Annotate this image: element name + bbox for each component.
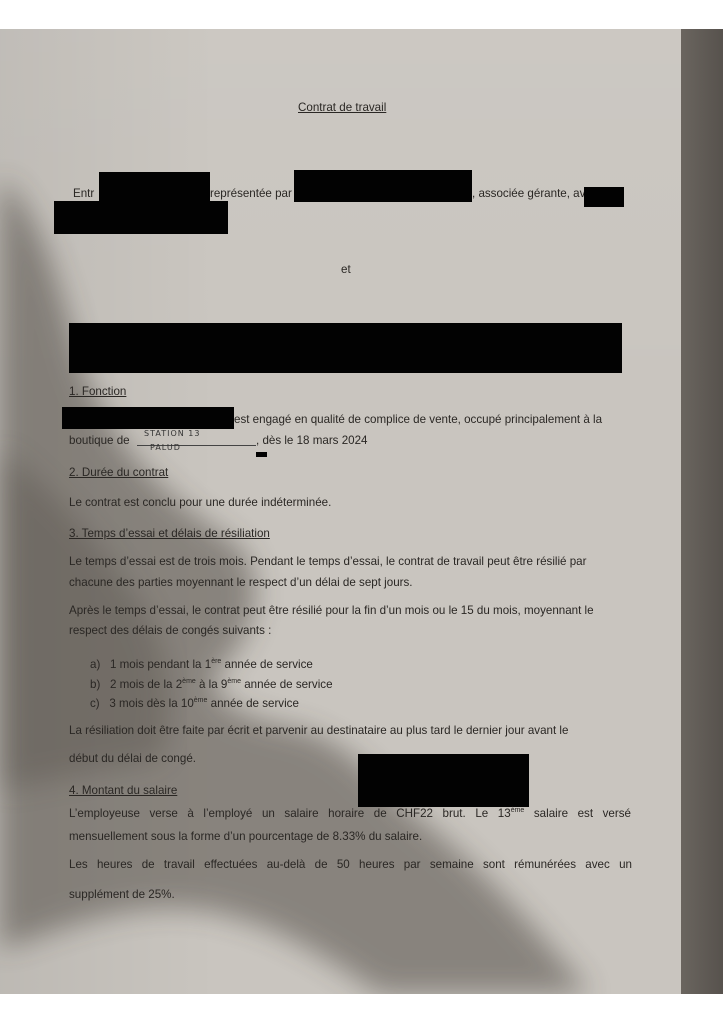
section-3-para1-line2: chacune des parties moyennant le respect… [69, 576, 413, 589]
handwritten-shop-location: PALUD [150, 443, 181, 452]
notice-list-item: b) 2 mois de la 2ème à la 9ème année de … [90, 678, 333, 691]
notice-list-item: c) 3 mois dès la 10ème année de service [90, 697, 299, 710]
parties-text-end: , associée gérante, av. [472, 187, 588, 200]
handwritten-shop-name: STATION 13 [144, 429, 200, 438]
section-1-line2-prefix: boutique de [69, 434, 130, 447]
superscript: ère [211, 658, 221, 665]
redaction-address [584, 187, 624, 207]
redaction-small [256, 452, 267, 457]
list-text: année de service [221, 658, 313, 671]
parties-text-start: Entr [73, 187, 94, 200]
redaction-salary-note [358, 754, 529, 807]
section-3-para2-line1: Après le temps d’essai, le contrat peut … [69, 604, 594, 617]
parties-text-mid: représentée par [210, 187, 292, 200]
overtime-text: Les heures de travail effectuées au-delà… [69, 858, 632, 871]
list-text: 3 mois dès la 10 [109, 697, 193, 710]
section-4-para1-line1: L’employeuse verse à l’employé un salair… [69, 807, 631, 820]
section-3-para3-line1: La résiliation doit être faite par écrit… [69, 724, 568, 737]
section-1-line2-suffix: , dès le 18 mars 2024 [256, 434, 368, 447]
section-3-para3-line2: début du délai de congé. [69, 752, 196, 765]
superscript: ème [511, 807, 525, 814]
section-4-para2-line2: supplément de 25%. [69, 888, 175, 901]
document-title: Contrat de travail [298, 101, 386, 114]
redaction-employee-name [62, 407, 234, 429]
parties-and: et [341, 263, 351, 276]
list-text: 1 mois pendant la 1 [110, 658, 211, 671]
list-marker: c) [90, 697, 100, 710]
notice-list-item: a) 1 mois pendant la 1ère année de servi… [90, 658, 313, 671]
section-1-line1: est engagé en qualité de complice de ven… [234, 413, 602, 426]
redaction-employee-details [69, 323, 622, 373]
superscript: ème [182, 678, 196, 685]
list-marker: a) [90, 658, 100, 671]
section-3-para2-line2: respect des délais de congés suivants : [69, 624, 271, 637]
redaction-address-line2 [54, 201, 228, 234]
section-4-heading: 4. Montant du salaire [69, 784, 177, 797]
section-2-heading: 2. Durée du contrat [69, 466, 168, 479]
list-text: à la 9 [196, 678, 228, 691]
salary-text: salaire est versé [524, 807, 631, 820]
superscript: ème [194, 697, 208, 704]
section-3-para1-line1: Le temps d’essai est de trois mois. Pend… [69, 555, 586, 568]
redaction-representative-name [294, 170, 472, 202]
list-text: 2 mois de la 2 [110, 678, 182, 691]
superscript: ème [227, 678, 241, 685]
salary-text: L’employeuse verse à l’employé un salair… [69, 807, 511, 820]
section-1-heading: 1. Fonction [69, 385, 126, 398]
section-3-heading: 3. Temps d’essai et délais de résiliatio… [69, 527, 270, 540]
section-4-para2-line1: Les heures de travail effectuées au-delà… [69, 858, 632, 871]
list-marker: b) [90, 678, 100, 691]
section-2-text: Le contrat est conclu pour une durée ind… [69, 496, 331, 509]
contract-page: Contrat de travail Entr représentée par … [0, 29, 723, 994]
list-text: année de service [207, 697, 299, 710]
list-text: année de service [241, 678, 333, 691]
section-4-para1-line2: mensuellement sous la forme d’un pourcen… [69, 830, 422, 843]
document-photo: Contrat de travail Entr représentée par … [0, 29, 723, 994]
